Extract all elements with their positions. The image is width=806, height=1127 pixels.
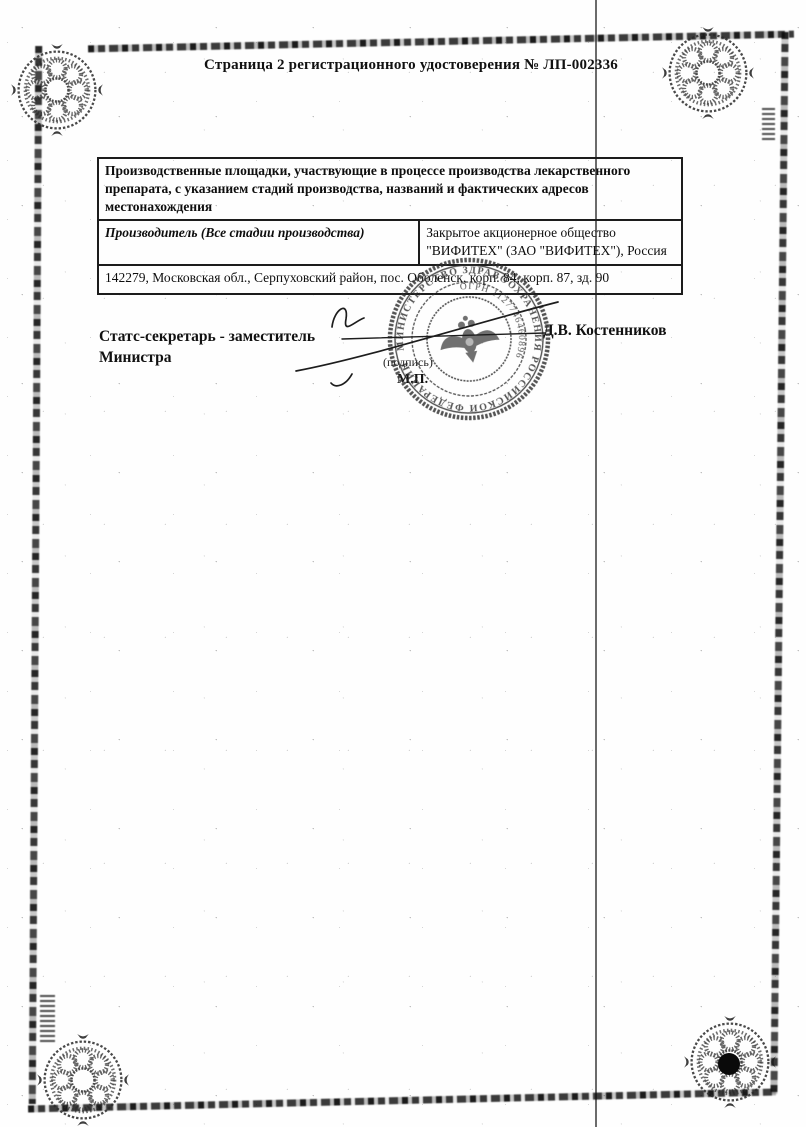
frame-border-right (770, 32, 788, 1094)
corner-rosette-top-right (660, 25, 756, 121)
table-header-row: Производственные площадки, участвующие в… (98, 158, 682, 220)
document-page: Страница 2 регистрационного удостоверени… (0, 0, 806, 1127)
punch-hole-dot (718, 1053, 740, 1075)
signatory-title-line1: Статс-секретарь - заместитель (99, 327, 315, 348)
page-title: Страница 2 регистрационного удостоверени… (204, 57, 618, 74)
frame-border-left (29, 46, 42, 1104)
table-header-cell: Производственные площадки, участвующие в… (98, 158, 682, 220)
corner-rosette-bottom-left (35, 1032, 131, 1127)
producer-label-cell: Производитель (Все стадии производства) (98, 220, 419, 265)
signatory-title-line2: Министра (99, 348, 315, 369)
signature-scribble (290, 275, 580, 415)
barcode-marks-bottom-left (40, 995, 55, 1043)
corner-rosette-top-left (9, 42, 105, 138)
signatory-title: Статс-секретарь - заместитель Министра (99, 327, 315, 369)
table-row: Производитель (Все стадии производства) … (98, 220, 682, 265)
frame-border-bottom (28, 1089, 776, 1113)
barcode-marks-top-right (762, 108, 775, 142)
